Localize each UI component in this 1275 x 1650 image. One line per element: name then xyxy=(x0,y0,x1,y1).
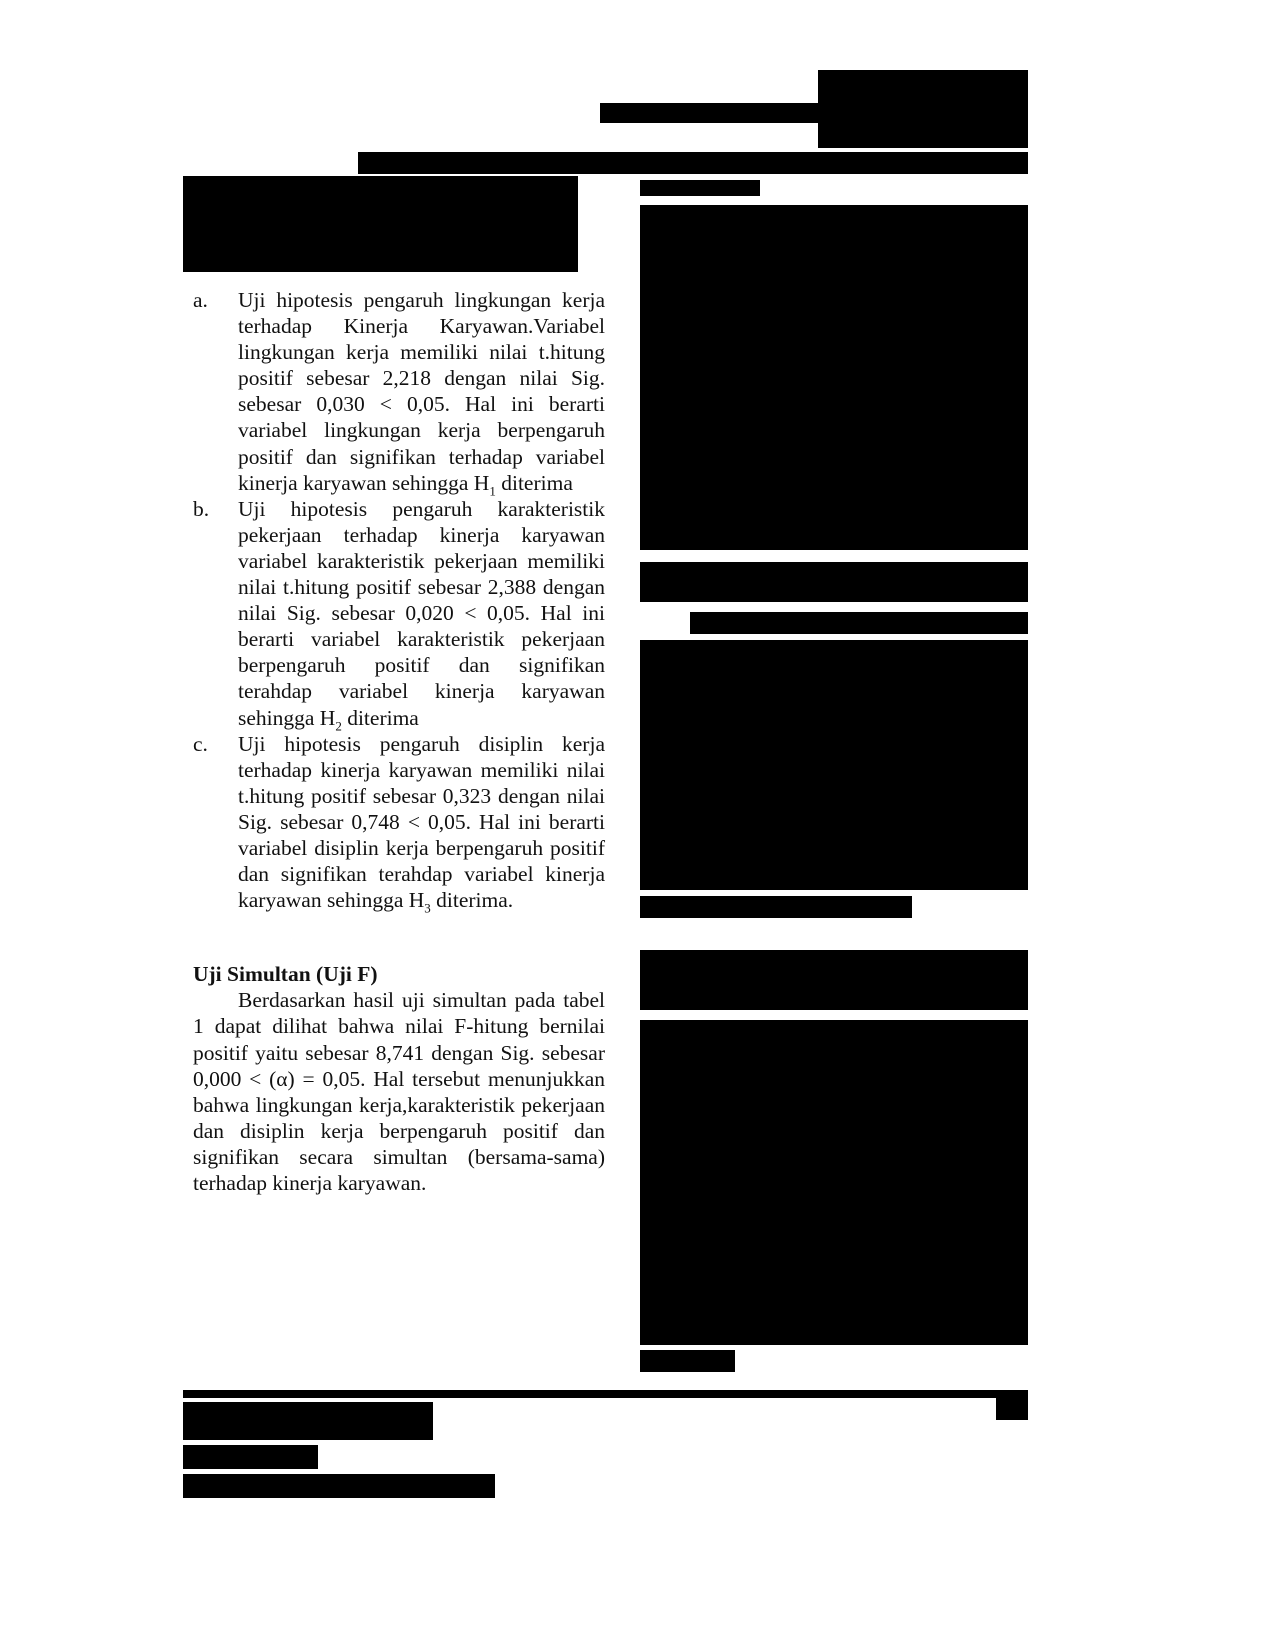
footer-citation-redacted-2 xyxy=(183,1445,318,1469)
footer-citation-redacted xyxy=(183,1402,433,1440)
footer-rule xyxy=(183,1390,1028,1398)
list-marker: b. xyxy=(193,496,238,731)
header-journal-title-redacted xyxy=(600,103,820,123)
left-column: a. Uji hipotesis pengaruh lingkungan ker… xyxy=(193,287,605,1196)
header-block-redacted xyxy=(818,70,1028,148)
hypothesis-text: Uji hipotesis pengaruh lingkungan kerja … xyxy=(238,287,605,496)
section-heading: Uji Simultan (Uji F) xyxy=(193,961,605,987)
hypothesis-item-b: b. Uji hipotesis pengaruh karakteristik … xyxy=(193,496,605,731)
hypothesis-item-a: a. Uji hipotesis pengaruh lingkungan ker… xyxy=(193,287,605,496)
hypothesis-text: Uji hipotesis pengaruh karakteristik pek… xyxy=(238,496,605,731)
footer-citation-redacted-3 xyxy=(183,1474,495,1498)
header-rule xyxy=(358,152,1028,174)
hypothesis-text: Uji hipotesis pengaruh disiplin kerja te… xyxy=(238,731,605,914)
section-paragraph: Berdasarkan hasil uji simultan pada tabe… xyxy=(193,987,605,1196)
page-number-redacted xyxy=(996,1398,1028,1420)
list-marker: c. xyxy=(193,731,238,914)
left-intro-redacted xyxy=(183,176,578,272)
list-marker: a. xyxy=(193,287,238,496)
hypothesis-item-c: c. Uji hipotesis pengaruh disiplin kerja… xyxy=(193,731,605,914)
